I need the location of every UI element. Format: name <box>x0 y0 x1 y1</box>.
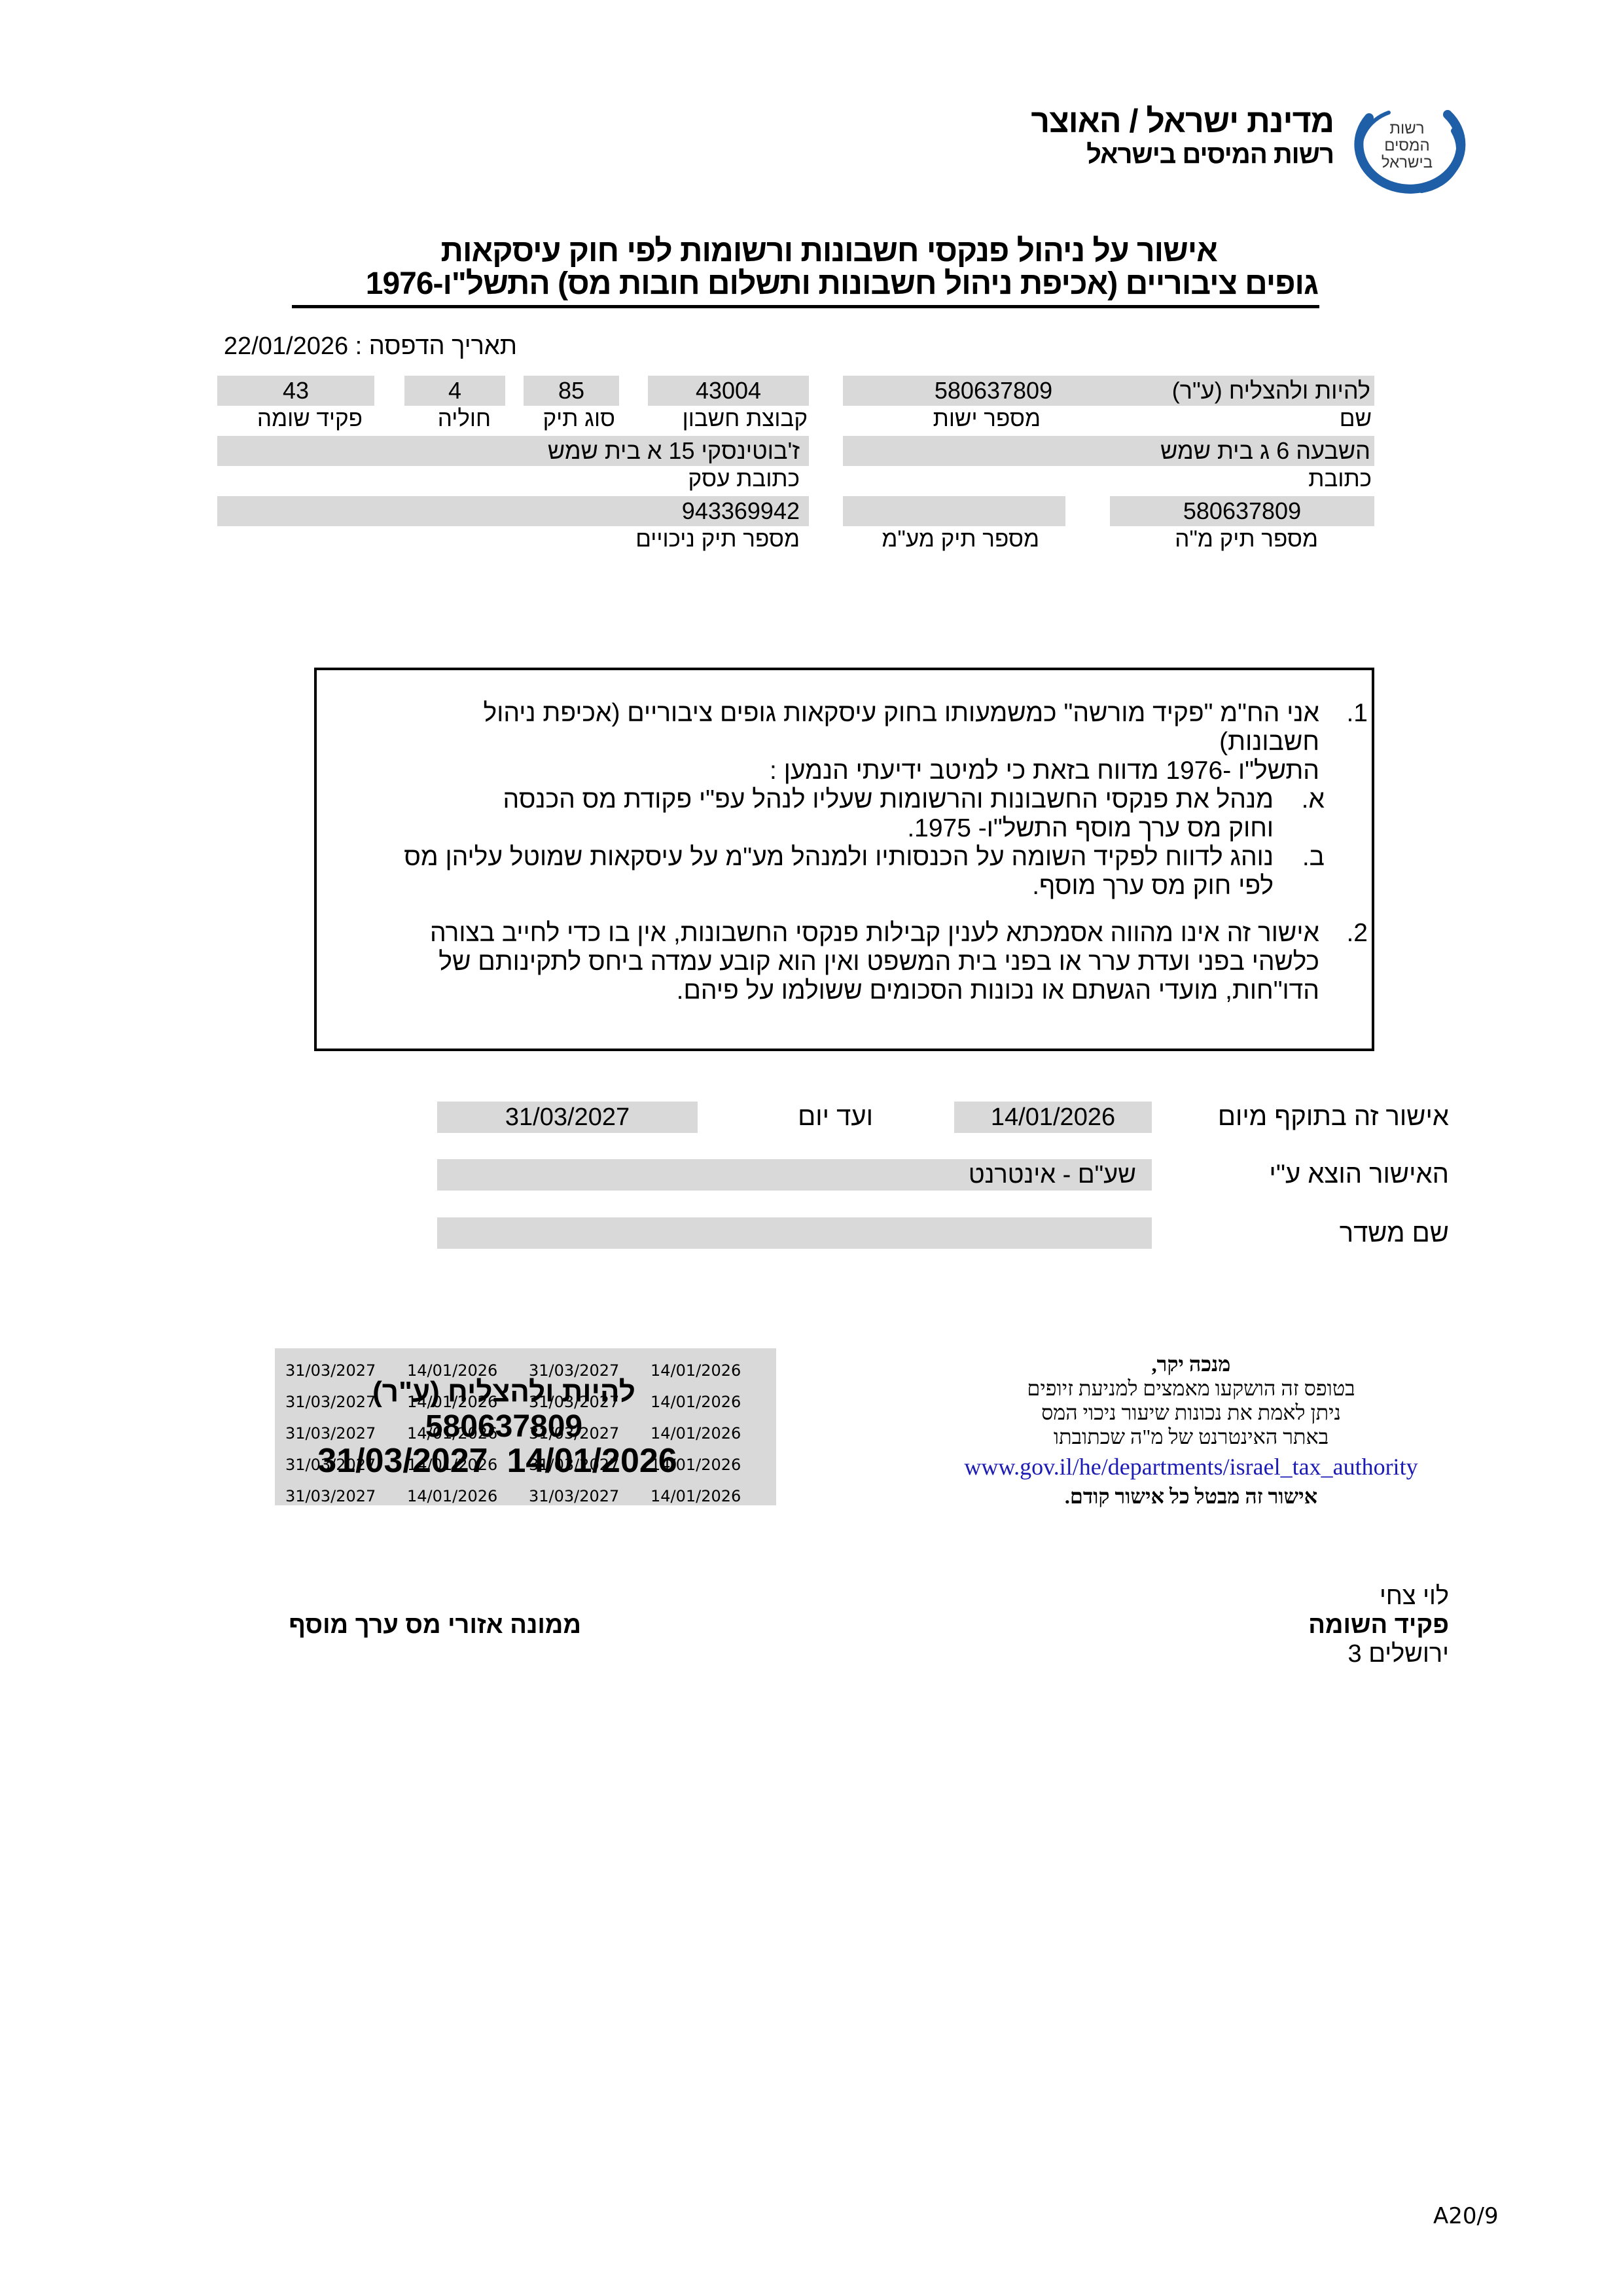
file-type-label: סוג תיק <box>543 404 616 433</box>
item-2-number: 2. <box>1346 919 1368 948</box>
assessing-officer-label: פקיד שומה <box>257 404 363 433</box>
valid-from-label: אישור זה בתוקף מיום <box>1218 1102 1449 1132</box>
address-label: כתובת <box>1308 465 1372 493</box>
item-1-number: 1. <box>1346 699 1368 728</box>
document-title-line-2: גופים ציבוריים (אכיפת ניהול חשבונות ותשל… <box>366 266 1318 302</box>
withholding-file-value: 943369942 <box>217 496 809 526</box>
vat-regional-title: ממונה אזורי מס ערך מוסף <box>289 1611 581 1640</box>
org-title: מדינת ישראל / האוצר <box>1031 102 1334 140</box>
entity-number-label: מספר ישות <box>933 404 1041 433</box>
stamp-overlay-name: להיות ולהצליח (ע"ר) <box>360 1376 648 1408</box>
anti-forgery-stamp: 31/03/202714/01/202631/03/202714/01/2026… <box>275 1348 776 1505</box>
signatory-name: לוי צחי <box>1380 1583 1449 1611</box>
logo-text: רשות המסים בישראל <box>1381 120 1433 171</box>
item-a-line-2: וחוק מס ערך מוסף התשל"ו- 1975. <box>907 814 1274 843</box>
item-b-number: ב. <box>1302 843 1325 872</box>
entity-name-label: שם <box>1340 404 1372 433</box>
issued-by-value: שע"ם - אינטרנט <box>437 1159 1152 1191</box>
stamp-overlay-number: 580637809 <box>360 1408 648 1444</box>
income-tax-file-label: מספר תיק מ"ה <box>1175 525 1318 554</box>
signatory-office: ירושלים 3 <box>1348 1640 1450 1668</box>
item-2-line-3: הדו"חות, מועדי הגשתם או נכונות הסכומים ש… <box>677 977 1319 1005</box>
sub-value: 4 <box>404 376 505 406</box>
note-greeting: מנכה יקר, <box>942 1352 1440 1376</box>
print-date-label: תאריך הדפסה : <box>355 332 517 360</box>
office-value <box>437 1217 1152 1249</box>
income-tax-file-value: 580637809 <box>1110 496 1374 526</box>
note-line-1: בטופס זה הושקעו מאמצים למניעת זיופים <box>942 1376 1440 1401</box>
business-address-value: ז'בוטינסקי 15 א בית שמש <box>217 436 809 466</box>
assessing-officer-value: 43 <box>217 376 374 406</box>
signatory-title: פקיד השומה <box>1308 1611 1449 1640</box>
item-1-line-1: אני הח"מ "פקיד מורשה" כמשמעותו בחוק עיסק… <box>484 699 1319 728</box>
account-group-label: קבוצת חשבון <box>683 404 808 433</box>
valid-from-value: 14/01/2026 <box>954 1102 1152 1133</box>
vat-file-label: מספר תיק מע"מ <box>882 525 1039 554</box>
item-b-line-1: נוהג לדווח לפקיד השומה על הכנסותיו ולמנה… <box>404 843 1274 872</box>
cancel-notice: אישור זה מבטל כל אישור קודם. <box>942 1484 1440 1509</box>
verification-note: מנכה יקר, בטופס זה הושקעו מאמצים למניעת … <box>942 1352 1440 1509</box>
document-title-line-1: אישור על ניהול פנקסי חשבונות ורשומות לפי… <box>441 233 1217 269</box>
item-1-line-3: התשל"ו -1976 מדווח בזאת כי למיטב ידיעתי … <box>770 757 1319 785</box>
tax-authority-logo: רשות המסים בישראל <box>1349 98 1466 196</box>
entity-name-value: להיות ולהצליח (ע"ר) <box>1144 376 1374 406</box>
address-value: השבעה 6 ג בית שמש <box>843 436 1374 466</box>
org-subtitle: רשות המיסים בישראל <box>1086 140 1334 170</box>
title-underline <box>292 305 1319 308</box>
stamp-row: 31/03/202714/01/202631/03/202714/01/2026 <box>285 1487 770 1505</box>
item-2-line-1: אישור זה אינו מהווה אסמכתא לענין קבילות … <box>430 919 1319 948</box>
withholding-file-label: מספר תיק ניכויים <box>635 525 800 554</box>
form-code: A20/9 <box>1433 2203 1499 2229</box>
item-a-line-1: מנהל את פנקסי החשבונות והרשומות שעליו לנ… <box>503 785 1274 814</box>
item-b-line-2: לפי חוק מס ערך מוסף. <box>1032 872 1274 901</box>
print-date-value: 22/01/2026 <box>224 332 348 360</box>
print-date: תאריך הדפסה : 22/01/2026 <box>224 332 517 361</box>
note-line-3: באתר האינטרנט של מ"ה שכתובתו <box>942 1425 1440 1449</box>
business-address-label: כתובת עסק <box>688 465 800 493</box>
stamp-overlay-dates: 31/03/2027 14/01/2026 <box>294 1441 700 1480</box>
item-a-number: א. <box>1302 785 1325 814</box>
issued-by-label: האישור הוצא ע"י <box>1269 1160 1449 1189</box>
office-label: שם משדר <box>1340 1219 1449 1248</box>
valid-to-value: 31/03/2027 <box>437 1102 698 1133</box>
valid-to-label: ועד יום <box>798 1102 873 1132</box>
verification-link[interactable]: www.gov.il/he/departments/israel_tax_aut… <box>964 1454 1418 1480</box>
item-1-line-2: חשבונות) <box>1219 728 1319 757</box>
file-type-value: 85 <box>524 376 619 406</box>
entity-number-value: 580637809 <box>843 376 1144 406</box>
vat-file-value <box>843 496 1065 526</box>
item-2-line-2: כלשהי בפני ועדת ערר או בפני בית המשפט וא… <box>438 948 1319 977</box>
account-group-value: 43004 <box>648 376 809 406</box>
note-line-2: ניתן לאמת את נכונות שיעור ניכוי המס <box>942 1401 1440 1425</box>
sub-label: חוליה <box>438 404 491 433</box>
